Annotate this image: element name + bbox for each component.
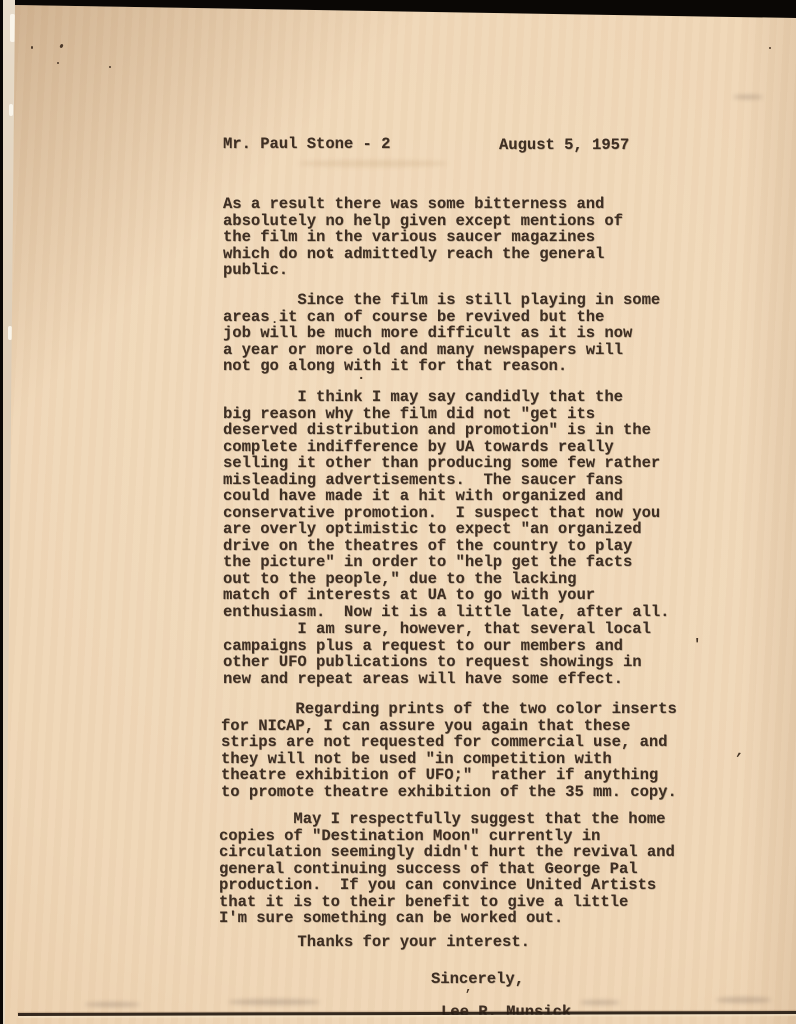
scanned-letter-page: Mr. Paul Stone - 2 August 5, 1957 As a r… <box>0 0 796 1024</box>
ink-speck <box>769 47 771 49</box>
paper-smudge <box>85 1002 140 1007</box>
thanks-line: Thanks for your interest. <box>223 934 530 951</box>
letter-paper: Mr. Paul Stone - 2 August 5, 1957 As a r… <box>0 0 796 1024</box>
paper-smudge <box>733 95 763 99</box>
closing-salutation: Sincerely, <box>431 971 524 988</box>
paper-smudge <box>716 997 771 1003</box>
page-edge-highlight <box>9 104 13 116</box>
recipient-page-header: Mr. Paul Stone - 2 <box>223 136 390 153</box>
ink-speck <box>31 46 33 49</box>
letter-date: August 5, 1957 <box>499 137 629 154</box>
letter-paragraph: I am sure, however, that several local c… <box>223 621 651 687</box>
typewriter-stray-mark: , <box>465 981 472 995</box>
letter-paragraph: Regarding prints of the two color insert… <box>221 701 677 800</box>
typewriter-stray-mark: . <box>271 313 278 327</box>
typewriter-stray-mark: ' <box>327 254 335 268</box>
paper-smudge <box>298 160 448 167</box>
letter-paragraph: I think I may say candidly that the big … <box>223 389 669 620</box>
typewriter-stray-mark: . <box>357 369 365 383</box>
ink-speck <box>57 62 59 64</box>
letter-paragraph: Since the film is still playing in some … <box>223 292 660 375</box>
ink-speck <box>109 66 111 68</box>
typewriter-stray-mark: ' <box>693 638 701 652</box>
ink-speck <box>59 44 63 49</box>
paper-smudge <box>228 999 320 1005</box>
page-edge-highlight <box>8 326 12 340</box>
page-edge-highlight <box>10 14 15 42</box>
paper-smudge <box>580 1000 620 1005</box>
page-bottom-edge-line <box>18 1011 796 1016</box>
letter-paragraph: As a result there was some bitterness an… <box>223 196 623 279</box>
letter-paragraph: May I respectfully suggest that the home… <box>219 811 675 927</box>
typewriter-stray-mark: , <box>735 744 746 759</box>
